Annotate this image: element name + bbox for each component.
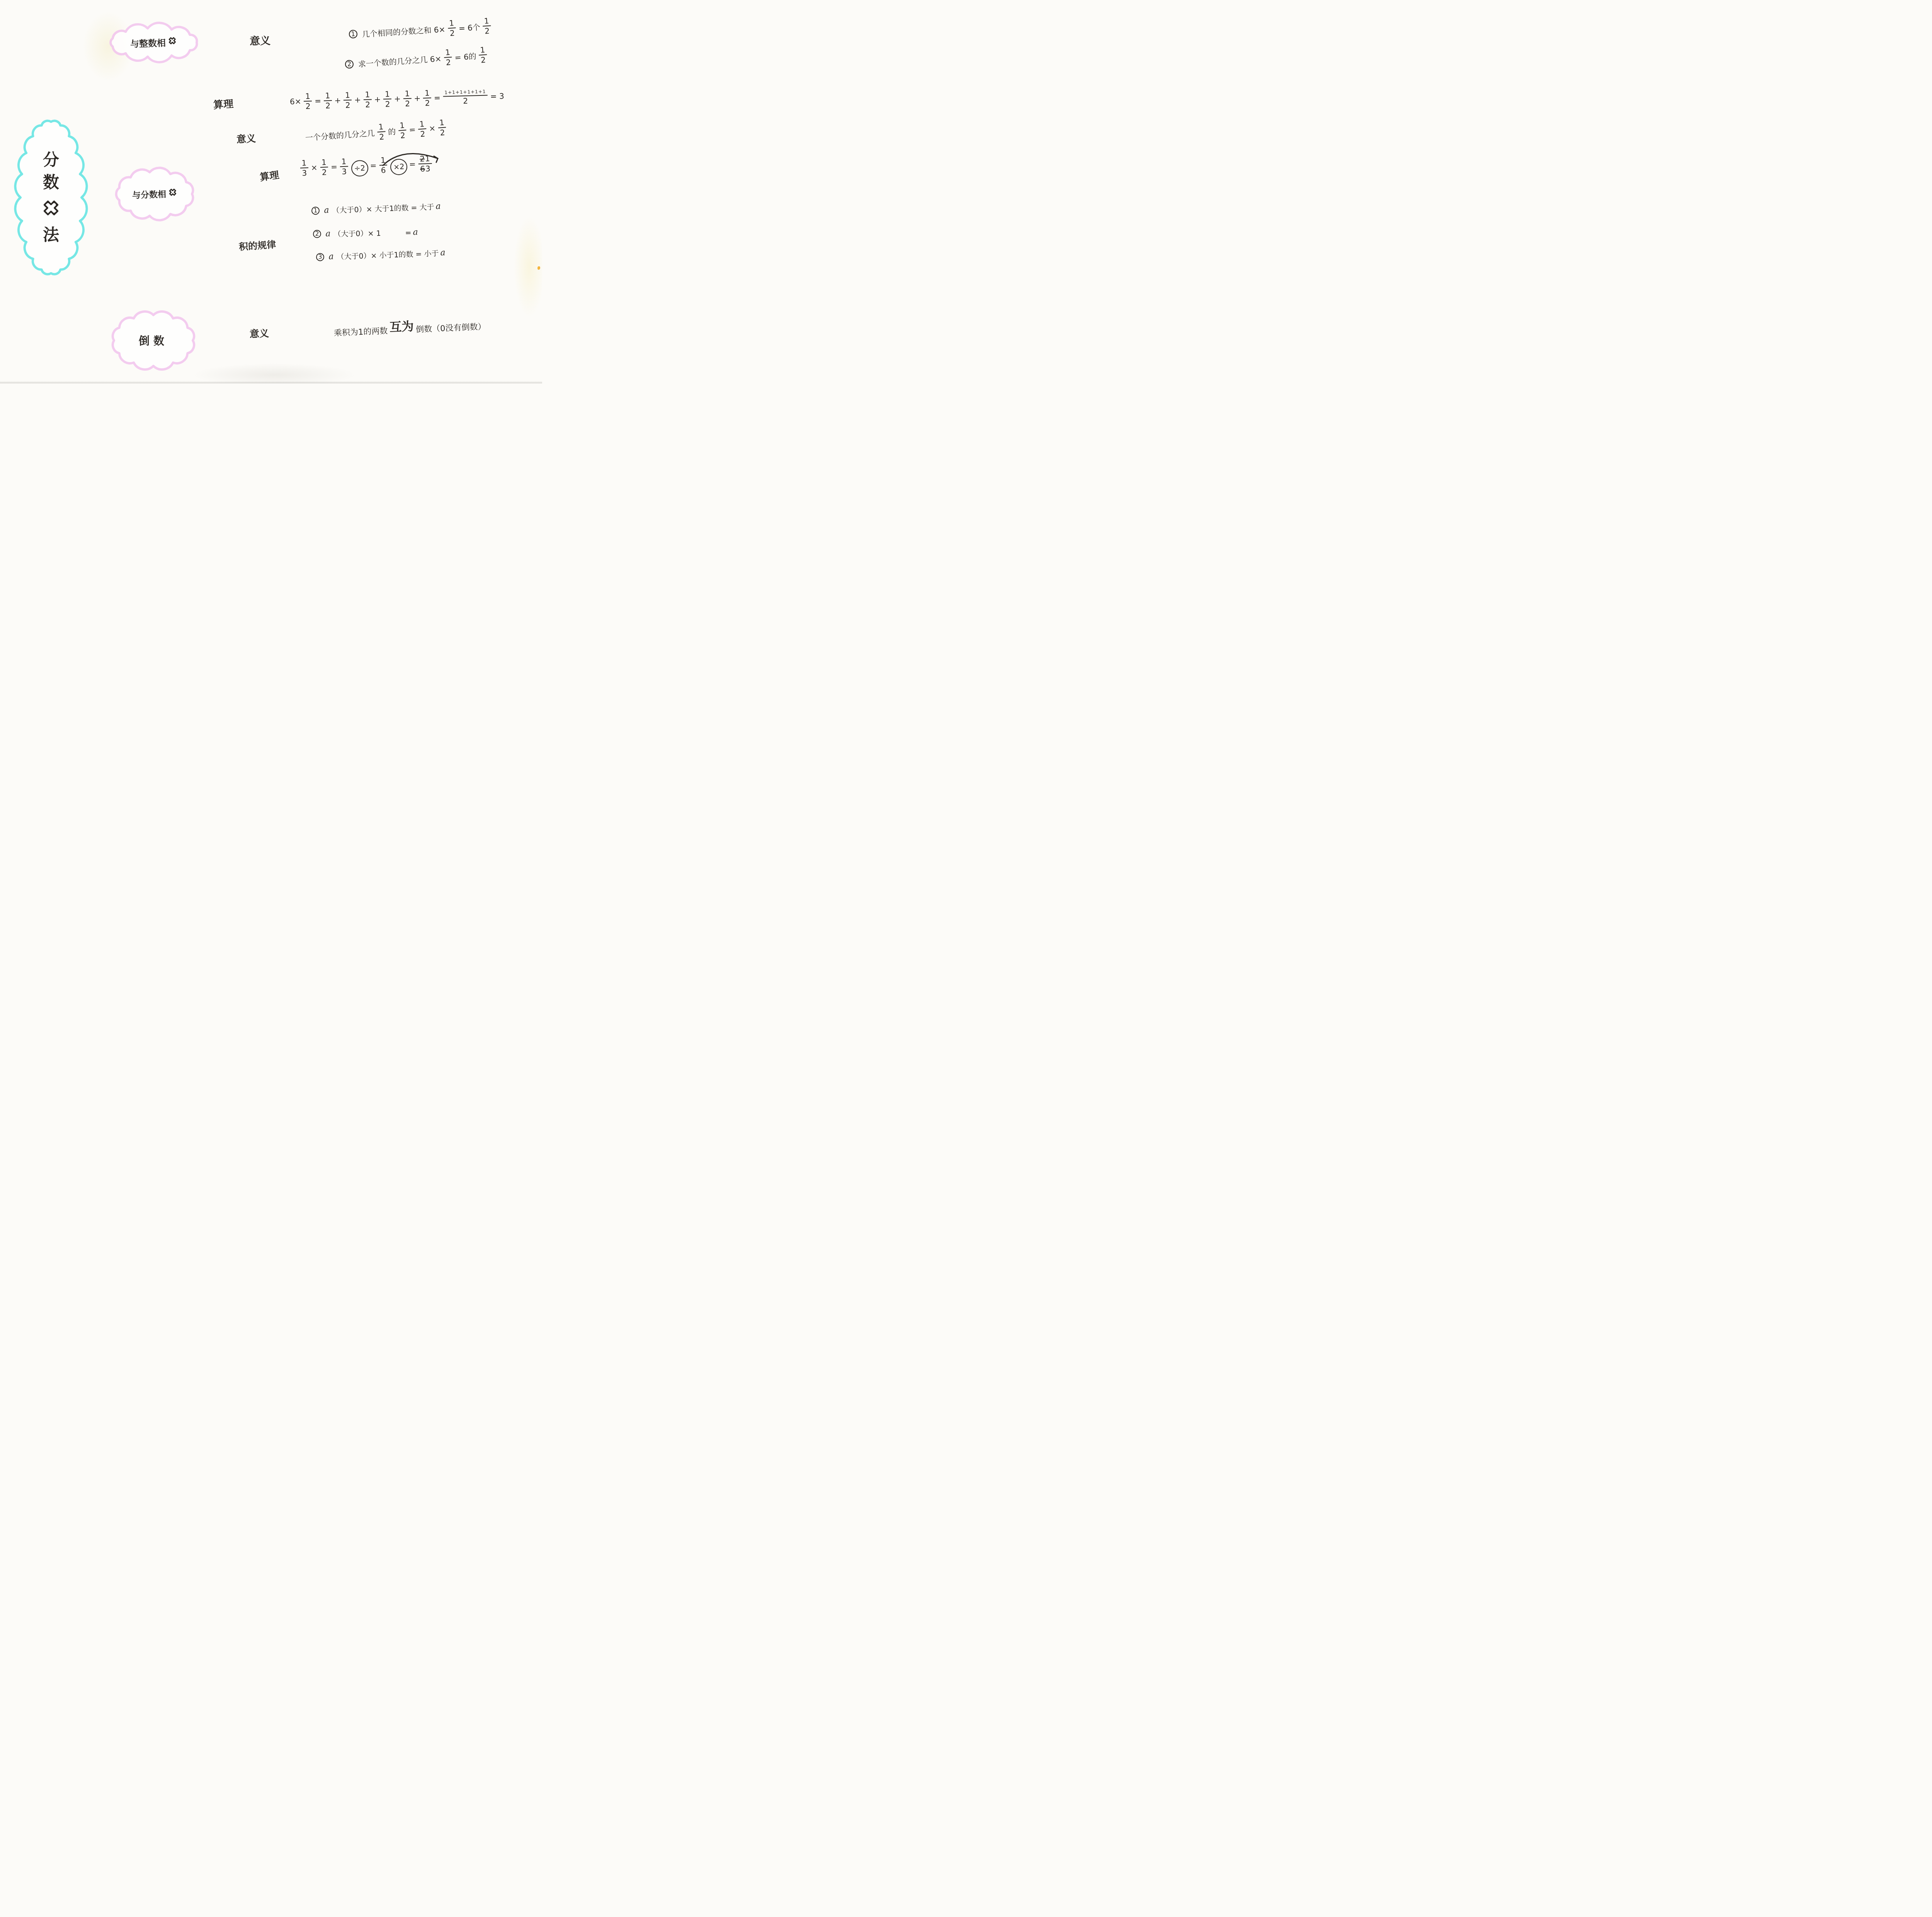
product-rules-label: 积的规律 bbox=[238, 237, 276, 253]
multiply-cross-icon bbox=[167, 187, 178, 200]
branch-bubble-fraction: 与分数相 bbox=[114, 169, 196, 220]
scanned-mindmap-page: 分 数 法 与整数相 bbox=[0, 0, 542, 383]
fraction-meaning-formula: 一个分数的几分之几 12的12=12×12 bbox=[304, 118, 449, 146]
central-char-3: 法 bbox=[43, 227, 59, 243]
meaning-label-reciprocal: 意义 bbox=[249, 326, 269, 340]
fraction-principle-formula: 13×12=13÷2=16×2=2163 bbox=[298, 155, 434, 177]
central-topic-bubble: 分 数 法 bbox=[17, 118, 85, 277]
branch-bubble-integer: 与整数相 bbox=[107, 25, 200, 60]
central-char-1: 分 bbox=[43, 152, 59, 168]
scan-speck bbox=[537, 266, 540, 270]
central-topic-text: 分 数 法 bbox=[17, 118, 85, 277]
multiply-cross-icon bbox=[40, 197, 62, 221]
central-char-2: 数 bbox=[43, 174, 59, 191]
principle-label-integer: 算理 bbox=[213, 96, 234, 112]
multiply-cross-icon bbox=[167, 36, 177, 48]
meaning-label-integer: 意义 bbox=[250, 32, 271, 48]
product-rule-2: 2a（大于0）× 1 = a bbox=[313, 227, 420, 239]
branch-bubble-reciprocal: 倒数 bbox=[111, 312, 196, 369]
integer-principle-formula: 6×12=12+12+12+12+12+12=1+1+1+1+1+12= 3 bbox=[289, 87, 505, 111]
meaning-label-fraction: 意义 bbox=[236, 131, 256, 146]
branch-label-fraction: 与分数相 bbox=[132, 187, 166, 201]
branch-label-integer: 与整数相 bbox=[130, 36, 166, 49]
integer-meaning-formula-2: 2求一个数的几分之几 6×12= 6的12 bbox=[344, 46, 489, 73]
reciprocal-meaning-formula: 乘积为1的两数互为倒数（0没有倒数） bbox=[333, 317, 487, 341]
paper-tint bbox=[193, 363, 355, 383]
product-rule-1: 1a（大于0）× 大于1的数 = 大于a bbox=[311, 201, 443, 216]
branch-label-reciprocal: 倒数 bbox=[139, 333, 168, 348]
product-rule-3: 3a（大于0）× 小于1的数 = 小于a bbox=[316, 247, 448, 262]
integer-meaning-formula-1: 1几个相同的分数之和 6×12= 6个12 bbox=[349, 17, 493, 43]
principle-label-fraction: 算理 bbox=[259, 167, 280, 184]
